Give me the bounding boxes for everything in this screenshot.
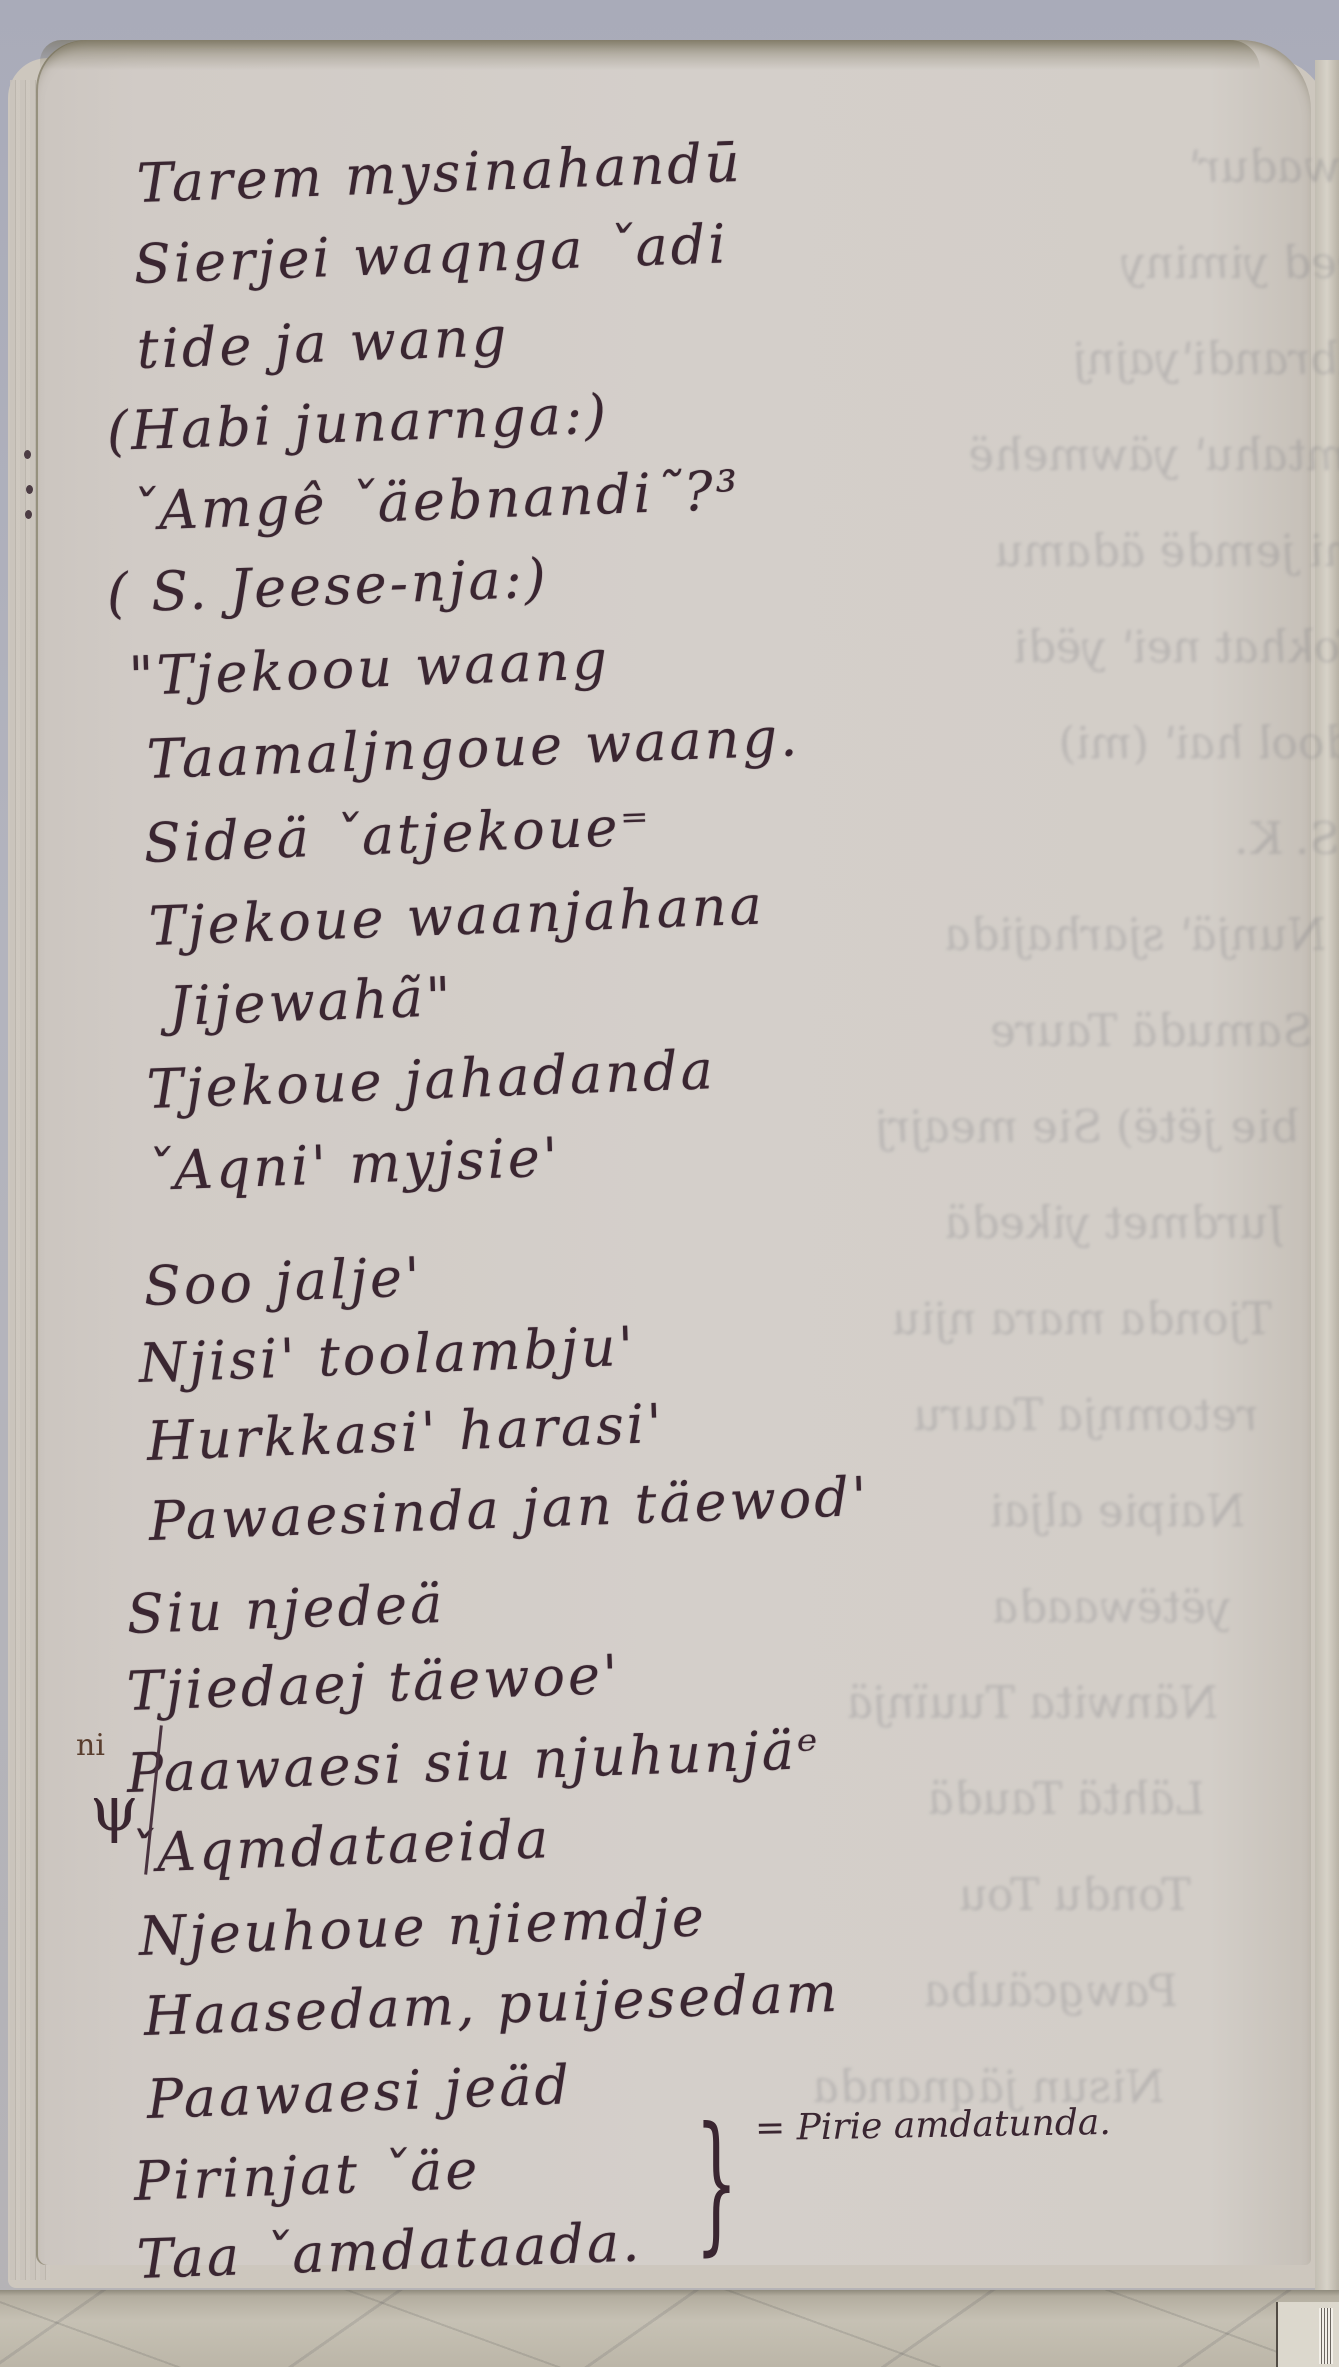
manuscript-line: Siu njedeä	[126, 1572, 446, 1646]
bracket-gloss-note: = Pirie amdatunda.	[755, 2102, 1111, 2149]
manuscript-line: Taamaljngoue waang.	[146, 705, 801, 791]
manuscript-line: ( S. Jeese-nja:)	[106, 547, 550, 625]
manuscript-line: Tjekoue jahadanda	[146, 1038, 717, 1121]
manuscript-line: ˇAqni' myjsie'	[143, 1125, 562, 1203]
manuscript-line: Soo jalje'	[143, 1245, 424, 1318]
manuscript-line: Tjekoue waanjahana	[148, 874, 766, 958]
manuscript-line: (Habi junarnga:)	[106, 383, 610, 463]
manuscript-line: Tarem mysinahandū	[136, 131, 744, 215]
manuscript-line: "Tjekoou waang	[128, 628, 611, 708]
manuscript-line: Tjiedaej täewoe'	[126, 1643, 622, 1723]
manuscript-line: Njisi' toolambju'	[138, 1315, 637, 1395]
right-curly-bracket: }	[695, 2108, 738, 2258]
manuscript-line: tide ja wang	[136, 305, 511, 381]
manuscript-line: Pawaesinda jan täewod'	[148, 1465, 871, 1553]
manuscript-line: Sideä ˇatjekoue⁼	[143, 794, 653, 875]
manuscript-line: Haasedam, puijesedam	[143, 1961, 841, 2048]
handwritten-text-block: Tarem mysinahandū Sierjei waqnga ˇadi ti…	[0, 0, 1339, 2367]
manuscript-line: Paawaesi siu njuhunjäᵉ	[126, 1718, 822, 1805]
manuscript-line: ˇAmgê ˇäebnandi˜?³	[128, 459, 742, 543]
marbled-cover-bottom	[0, 2290, 1339, 2367]
margin-annotation: ni	[76, 1728, 105, 1763]
manuscript-line: Pirinjat ˇäe	[133, 2138, 481, 2213]
margin-psi-symbol: ψ	[90, 1772, 139, 1845]
manuscript-line: Hurkkasi' harasi'	[146, 1392, 666, 1473]
book-corner-edge	[1276, 2302, 1339, 2367]
manuscript-line: Jijewahã"	[168, 965, 455, 1038]
manuscript-line: ˇAqmdataeida	[126, 1807, 552, 1885]
marble-pattern	[0, 2290, 1339, 2367]
manuscript-line: Sierjei waqnga ˇadi	[133, 212, 730, 296]
manuscript-line: Njeuhoue njiemdje	[138, 1885, 708, 1968]
manuscript-line: Taa ˇamdataada.	[136, 2210, 643, 2291]
manuscript-line: Paawaesi jeäd	[146, 2053, 573, 2131]
